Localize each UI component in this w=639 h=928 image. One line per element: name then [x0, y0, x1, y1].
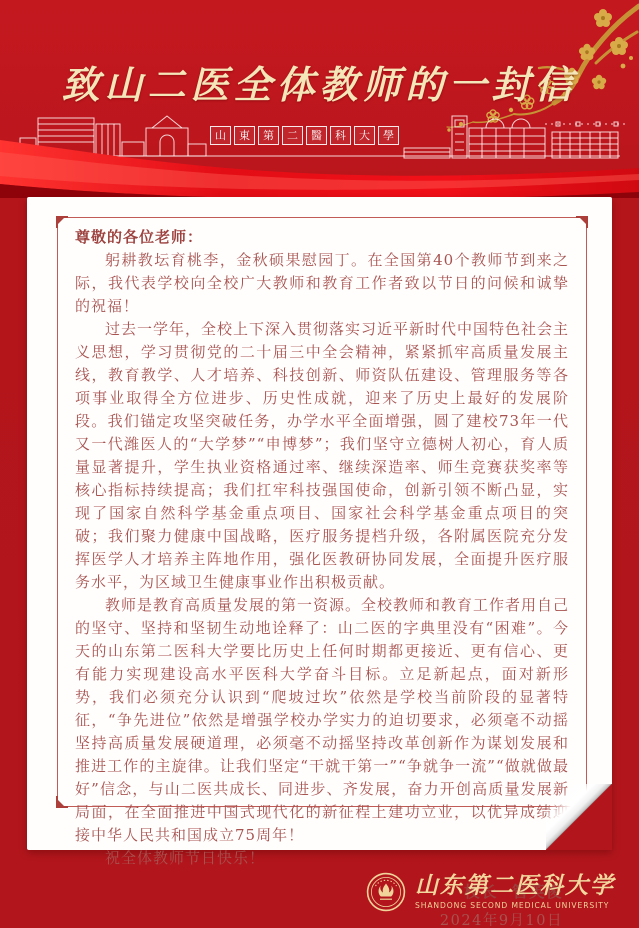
silk-ribbon-decor [0, 134, 639, 198]
letter-paper: 尊敬的各位老师： 躬耕教坛育桃李，金秋硕果慰园丁。在全国第40个教师节到来之际，… [27, 197, 612, 850]
letter-paragraph: 过去一学年，全校上下深入贯彻落实习近平新时代中国特色社会主义思想，学习贯彻党的二… [75, 318, 569, 594]
university-name-block: 山东第二医科大学 SHANDONG SECOND MEDICAL UNIVERS… [415, 874, 615, 910]
letter-frame: 尊敬的各位老师： 躬耕教坛育桃李，金秋硕果慰园丁。在全国第40个教师节到来之际，… [57, 217, 587, 807]
page-curl [546, 784, 612, 850]
frame-corner [576, 216, 588, 228]
salutation: 尊敬的各位老师： [75, 226, 569, 249]
letter-paragraph: 躬耕教坛育桃李，金秋硕果慰园丁。在全国第40个教师节到来之际，我代表学校向全校广… [75, 249, 569, 318]
frame-corner [56, 216, 68, 228]
page-title: 致山二医全体教师的一封信 [0, 54, 639, 109]
letter-body: 尊敬的各位老师： 躬耕教坛育桃李，金秋硕果慰园丁。在全国第40个教师节到来之际，… [58, 218, 586, 928]
university-name-cn: 山东第二医科大学 [415, 874, 615, 898]
letter-paragraph: 祝全体教师节日快乐！ [75, 847, 569, 870]
poster-page: 致山二医全体教师的一封信 [0, 0, 639, 928]
letter-paragraph: 教师是教育高质量发展的第一资源。全校教师和教育工作者用自己的坚守、坚持和坚韧生动… [75, 594, 569, 847]
university-seal-icon [366, 872, 406, 912]
footer: 山东第二医科大学 SHANDONG SECOND MEDICAL UNIVERS… [366, 872, 615, 912]
frame-corner [56, 796, 68, 808]
university-name-en: SHANDONG SECOND MEDICAL UNIVERSITY [415, 901, 615, 910]
